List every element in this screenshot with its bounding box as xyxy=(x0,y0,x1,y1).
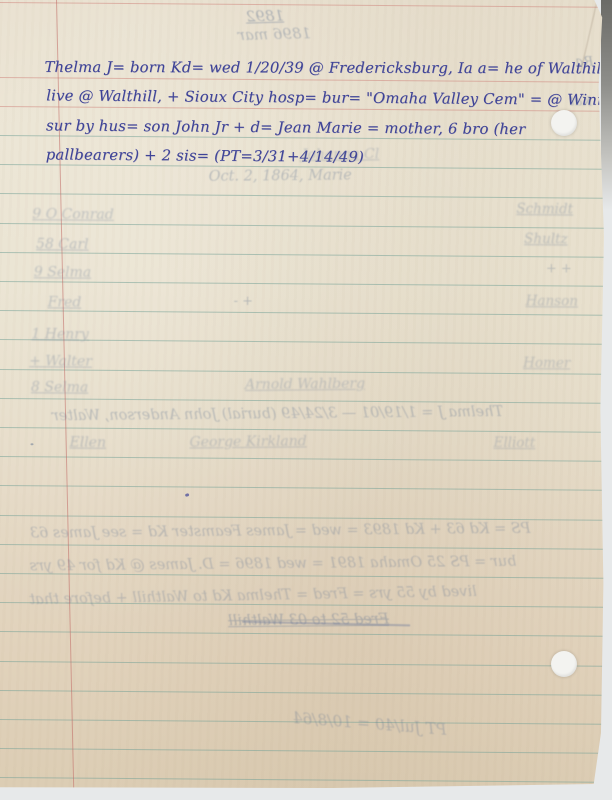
ghost-bleedthrough-text: Hanson xyxy=(526,293,578,309)
hole-punch-bottom xyxy=(551,651,577,677)
ghost-bleedthrough-text: 1892 xyxy=(246,7,285,26)
ghost-bleedthrough-text: Ellen xyxy=(69,435,106,451)
ghost-bleedthrough-text: PS = Kd 63 + Kd 1893 = wed = James Feams… xyxy=(30,521,531,542)
ghost-bleedthrough-text: lived by 55 yrs = Fred = Thelma Kd to Wa… xyxy=(29,584,477,608)
ghost-bleedthrough-text: 9 Selma xyxy=(34,264,91,280)
ghost-bleedthrough-text: 1896 mar xyxy=(238,24,312,44)
ghost-bleedthrough-text: Arnold Wahlberg xyxy=(245,376,365,393)
handwritten-line-3: sur by hus= son John Jr + d= Jean Marie … xyxy=(46,117,526,138)
handwritten-line-1: Thelma J= born Kd= wed 1/20/39 @ Frederi… xyxy=(44,59,612,78)
ghost-bleedthrough-text: PT Jul/40 = 10/8/64 xyxy=(292,709,447,739)
bleedthrough-ghost-layer: 18921896 marRaKatJohanna ClOct. 2, 1864,… xyxy=(0,0,604,5)
scanner-void-edge xyxy=(601,0,612,210)
ghost-bleedthrough-text: Oct. 2, 1864, Marie xyxy=(209,168,352,185)
ghost-bleedthrough-text: 8 Selma xyxy=(31,379,88,395)
ghost-bleedthrough-text: Homer xyxy=(523,355,570,371)
ghost-bleedthrough-text: 1 Henry xyxy=(31,326,89,342)
handwritten-line-2: live @ Walthill, + Sioux City hosp= bur=… xyxy=(46,87,612,109)
ghost-bleedthrough-text: + + xyxy=(546,261,572,276)
ink-speck xyxy=(31,443,34,445)
ghost-bleedthrough-text: Johanna Cl xyxy=(302,146,380,163)
hole-punch-top xyxy=(551,110,577,136)
ghost-bleedthrough-text: Elliott xyxy=(493,435,535,451)
ink-speck xyxy=(185,493,190,497)
ghost-bleedthrough-text: George Kirkland xyxy=(189,433,306,450)
ghost-bleedthrough-text: Kat xyxy=(569,94,592,109)
handwriting-layer: Thelma J= born Kd= wed 1/20/39 @ Frederi… xyxy=(0,0,604,793)
ghost-bleedthrough-text: + Walter xyxy=(29,353,92,369)
ghost-bleedthrough-text: 58 Carl xyxy=(36,236,89,252)
ghost-bleedthrough-text: Schmidt xyxy=(516,201,573,217)
ghost-bleedthrough-text: Fred xyxy=(48,294,82,310)
ghost-bleedthrough-text: bur = PS 25 Omaha 1891 = wed 1896 = D. J… xyxy=(30,554,517,575)
paper-sheet: Thelma J= born Kd= wed 1/20/39 @ Frederi… xyxy=(0,0,604,788)
scanned-page: Thelma J= born Kd= wed 1/20/39 @ Frederi… xyxy=(0,0,612,800)
ghost-bleedthrough-text: Shultz xyxy=(524,231,568,247)
ghost-bleedthrough-text: - + xyxy=(234,294,254,309)
ghost-bleedthrough-text: 9 O Conrad xyxy=(32,206,114,223)
ghost-bleedthrough-text: Thelma J = 1/19/01 — 3/24/49 (burial) Jo… xyxy=(52,404,503,424)
